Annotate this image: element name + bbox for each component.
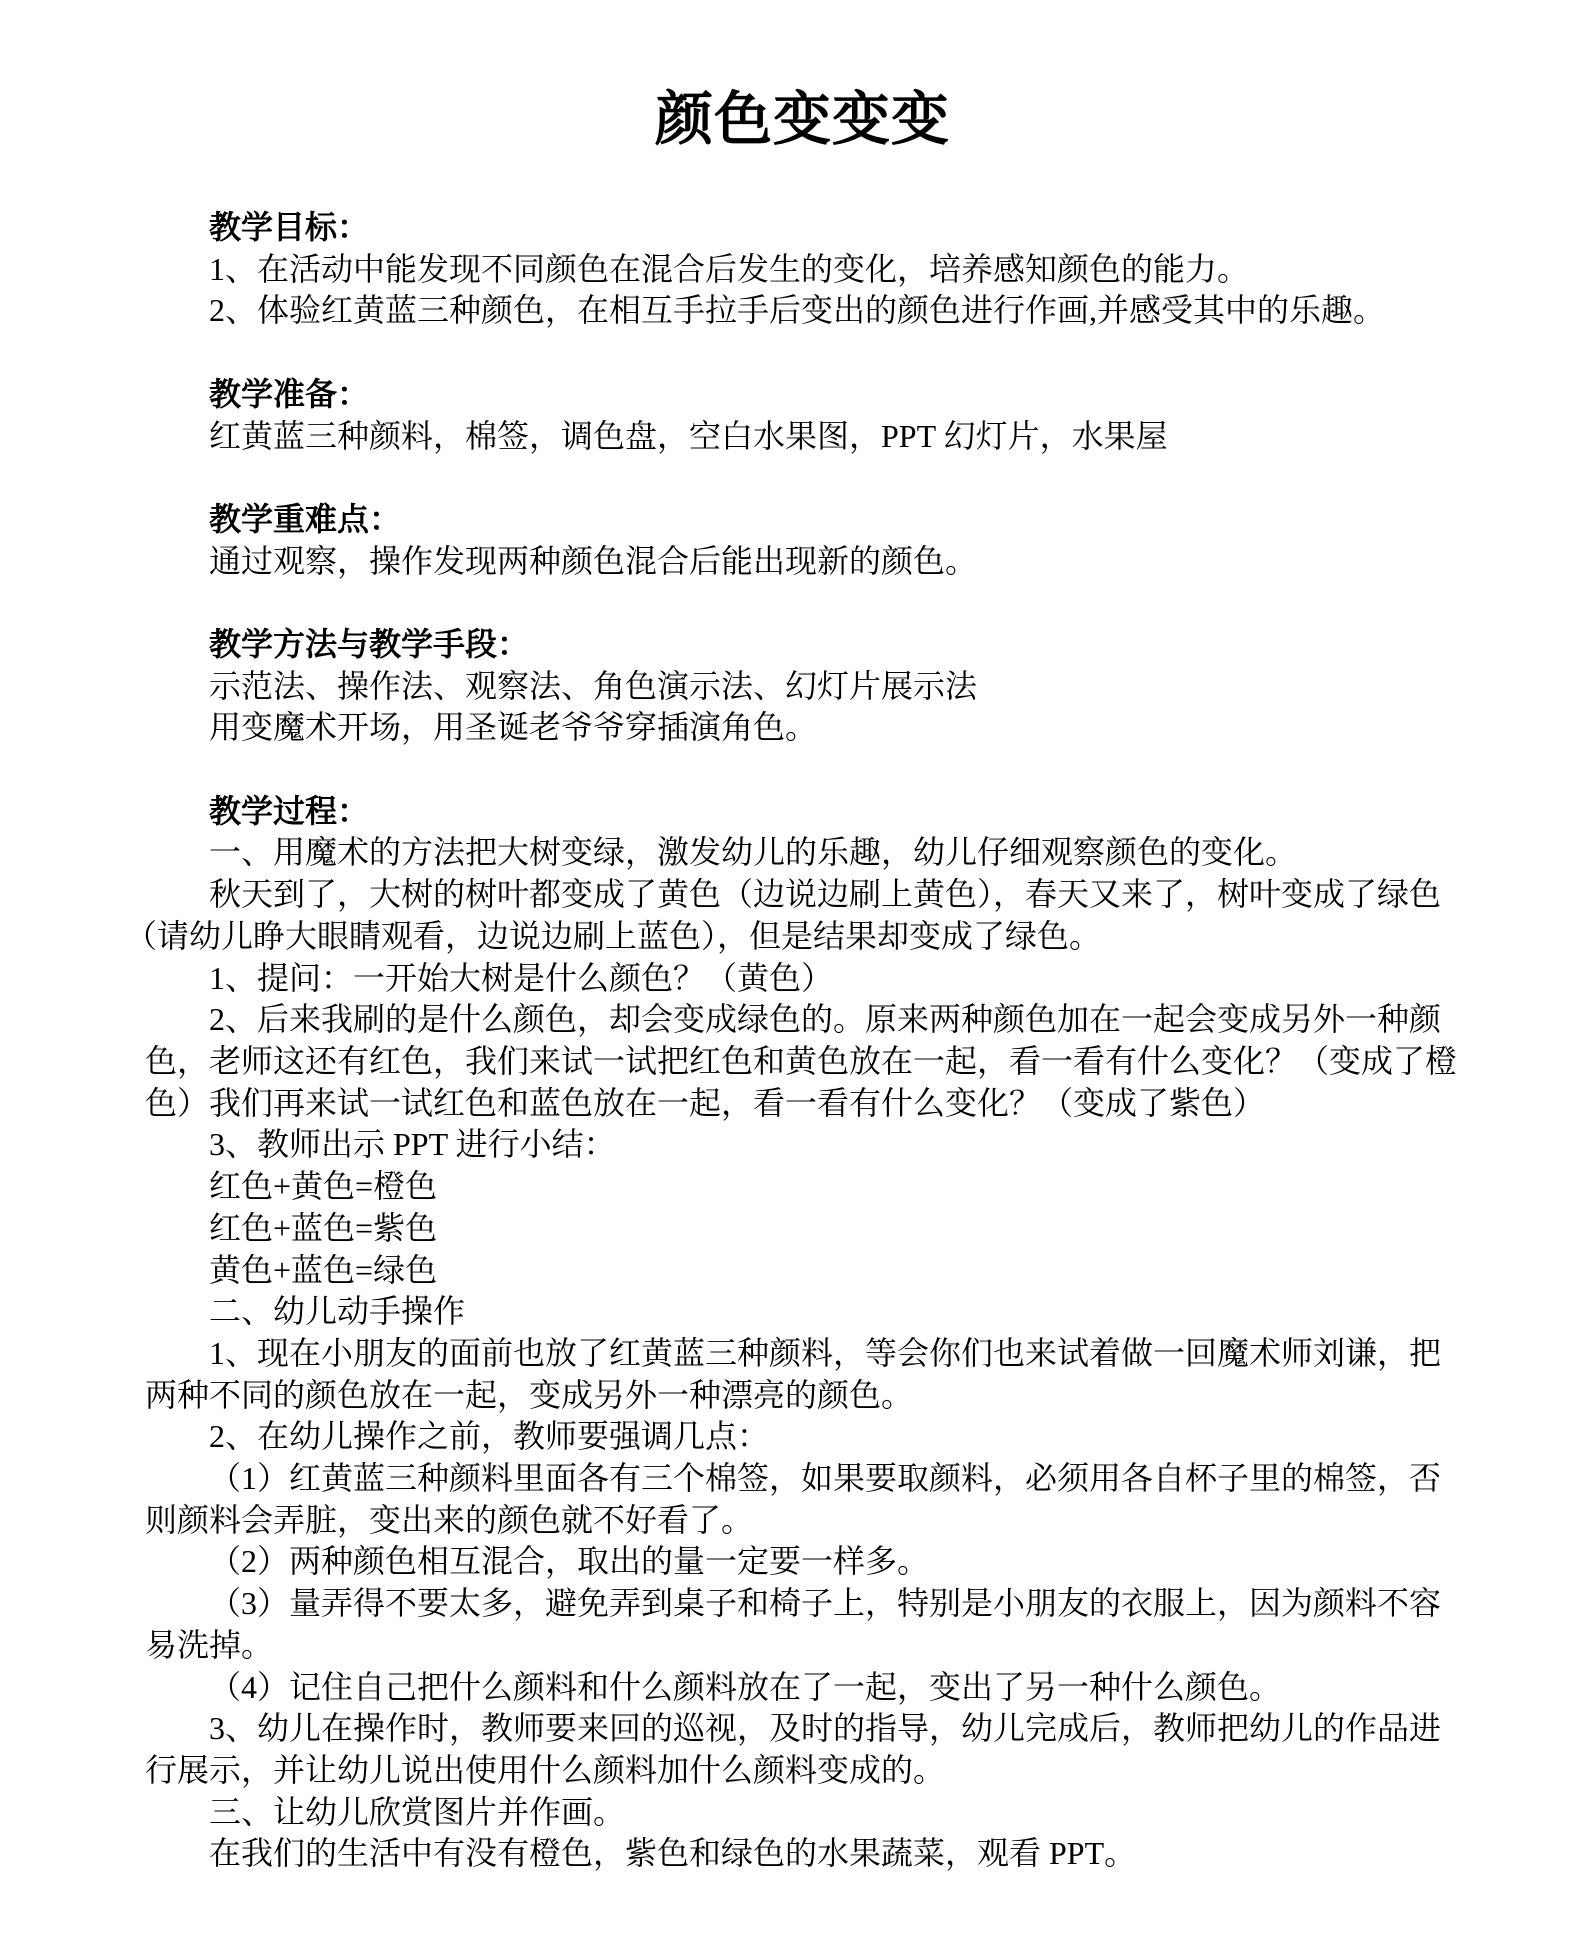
color-formula-line: 红色+蓝色=紫色 bbox=[145, 1208, 1460, 1250]
text-line: 1、提问：一开始大树是什么颜色？（黄色） bbox=[145, 958, 1460, 1000]
section-heading-preparation: 教学准备： bbox=[145, 374, 1460, 416]
text-line: 色）我们再来试一试红色和蓝色放在一起，看一看有什么变化？（变成了紫色） bbox=[145, 1083, 1460, 1125]
text-line: 二、幼儿动手操作 bbox=[145, 1291, 1460, 1333]
document-page: 颜色变变变 教学目标： 1、在活动中能发现不同颜色在混合后发生的变化，培养感知颜… bbox=[0, 0, 1587, 1960]
section-heading-methods: 教学方法与教学手段： bbox=[145, 624, 1460, 666]
section-heading-objectives: 教学目标： bbox=[145, 207, 1460, 249]
text-line: 秋天到了，大树的树叶都变成了黄色（边说边刷上黄色），春天又来了，树叶变成了绿色 bbox=[145, 874, 1460, 916]
text-line: 两种不同的颜色放在一起，变成另外一种漂亮的颜色。 bbox=[145, 1375, 1460, 1417]
document-title: 颜色变变变 bbox=[145, 85, 1460, 155]
color-formula-line: 红色+黄色=橙色 bbox=[145, 1166, 1460, 1208]
text-line: 3、教师出示 PPT 进行小结： bbox=[145, 1124, 1460, 1166]
text-line: 3、幼儿在操作时，教师要来回的巡视，及时的指导，幼儿完成后，教师把幼儿的作品进 bbox=[145, 1708, 1460, 1750]
text-line: 2、后来我刷的是什么颜色，却会变成绿色的。原来两种颜色加在一起会变成另外一种颜 bbox=[145, 999, 1460, 1041]
color-formula-line: 黄色+蓝色=绿色 bbox=[145, 1250, 1460, 1292]
text-line: 通过观察，操作发现两种颜色混合后能出现新的颜色。 bbox=[145, 541, 1460, 583]
text-line: 2、在幼儿操作之前，教师要强调几点： bbox=[145, 1416, 1460, 1458]
text-line: （1）红黄蓝三种颜料里面各有三个棉签，如果要取颜料，必须用各自杯子里的棉签，否 bbox=[145, 1458, 1460, 1500]
text-line: 示范法、操作法、观察法、角色演示法、幻灯片展示法 bbox=[145, 666, 1460, 708]
text-line: 在我们的生活中有没有橙色，紫色和绿色的水果蔬菜，观看 PPT。 bbox=[145, 1833, 1460, 1875]
text-line: 用变魔术开场，用圣诞老爷爷穿插演角色。 bbox=[145, 707, 1460, 749]
text-line: 2、体验红黄蓝三种颜色，在相互手拉手后变出的颜色进行作画,并感受其中的乐趣。 bbox=[145, 290, 1460, 332]
text-line: （3）量弄得不要太多，避免弄到桌子和椅子上，特别是小朋友的衣服上，因为颜料不容 bbox=[145, 1583, 1460, 1625]
text-line: 1、现在小朋友的面前也放了红黄蓝三种颜料，等会你们也来试着做一回魔术师刘谦，把 bbox=[145, 1333, 1460, 1375]
text-line: （请幼儿睁大眼睛观看，边说边刷上蓝色），但是结果却变成了绿色。 bbox=[125, 916, 1460, 958]
text-line: 则颜料会弄脏，变出来的颜色就不好看了。 bbox=[145, 1500, 1460, 1542]
text-line: 行展示，并让幼儿说出使用什么颜料加什么颜料变成的。 bbox=[145, 1750, 1460, 1792]
text-line: 红黄蓝三种颜料，棉签，调色盘，空白水果图，PPT 幻灯片，水果屋 bbox=[145, 416, 1460, 458]
text-line: 1、在活动中能发现不同颜色在混合后发生的变化，培养感知颜色的能力。 bbox=[145, 249, 1460, 291]
section-heading-process: 教学过程： bbox=[145, 791, 1460, 833]
text-line: （4）记住自己把什么颜料和什么颜料放在了一起，变出了另一种什么颜色。 bbox=[145, 1667, 1460, 1709]
text-line: （2）两种颜色相互混合，取出的量一定要一样多。 bbox=[145, 1541, 1460, 1583]
text-line: 易洗掉。 bbox=[145, 1625, 1460, 1667]
text-line: 一、用魔术的方法把大树变绿，激发幼儿的乐趣，幼儿仔细观察颜色的变化。 bbox=[145, 832, 1460, 874]
section-heading-key-points: 教学重难点： bbox=[145, 499, 1460, 541]
text-line: 三、让幼儿欣赏图片并作画。 bbox=[145, 1792, 1460, 1834]
text-line: 色，老师这还有红色，我们来试一试把红色和黄色放在一起，看一看有什么变化？（变成了… bbox=[145, 1041, 1460, 1083]
